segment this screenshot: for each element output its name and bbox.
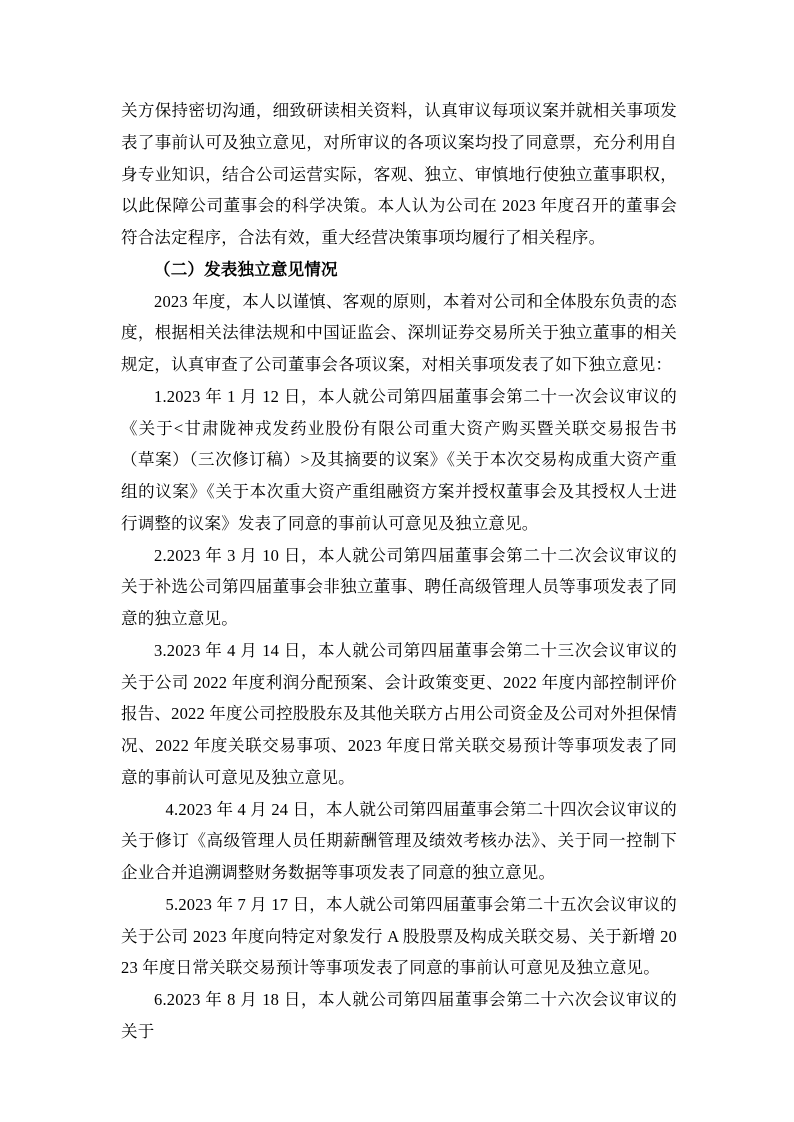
opinion-item-3: 3.2023 年 4 月 14 日，本人就公司第四届董事会第二十三次会议审议的关… xyxy=(121,635,677,794)
opinion-item-5: 5.2023 年 7 月 17 日，本人就公司第四届董事会第二十五次会议审议的关… xyxy=(121,889,677,984)
document-page: 关方保持密切沟通，细致研读相关资料，认真审议每项议案并就相关事项发表了事前认可及… xyxy=(0,0,794,1122)
paragraph-board-meeting-conclusion: 关方保持密切沟通，细致研读相关资料，认真审议每项议案并就相关事项发表了事前认可及… xyxy=(121,95,677,254)
opinion-item-2: 2.2023 年 3 月 10 日，本人就公司第四届董事会第二十二次会议审议的关… xyxy=(121,540,677,635)
section-heading-independent-opinions: （二）发表独立意见情况 xyxy=(121,254,677,286)
paragraph-opinion-intro: 2023 年度，本人以谨慎、客观的原则，本着对公司和全体股东负责的态度，根据相关… xyxy=(121,286,677,381)
opinion-item-1: 1.2023 年 1 月 12 日，本人就公司第四届董事会第二十一次会议审议的《… xyxy=(121,381,677,540)
opinion-item-6: 6.2023 年 8 月 18 日，本人就公司第四届董事会第二十六次会议审议的关… xyxy=(121,984,677,1048)
opinion-item-4: 4.2023 年 4 月 24 日，本人就公司第四届董事会第二十四次会议审议的关… xyxy=(121,794,677,889)
